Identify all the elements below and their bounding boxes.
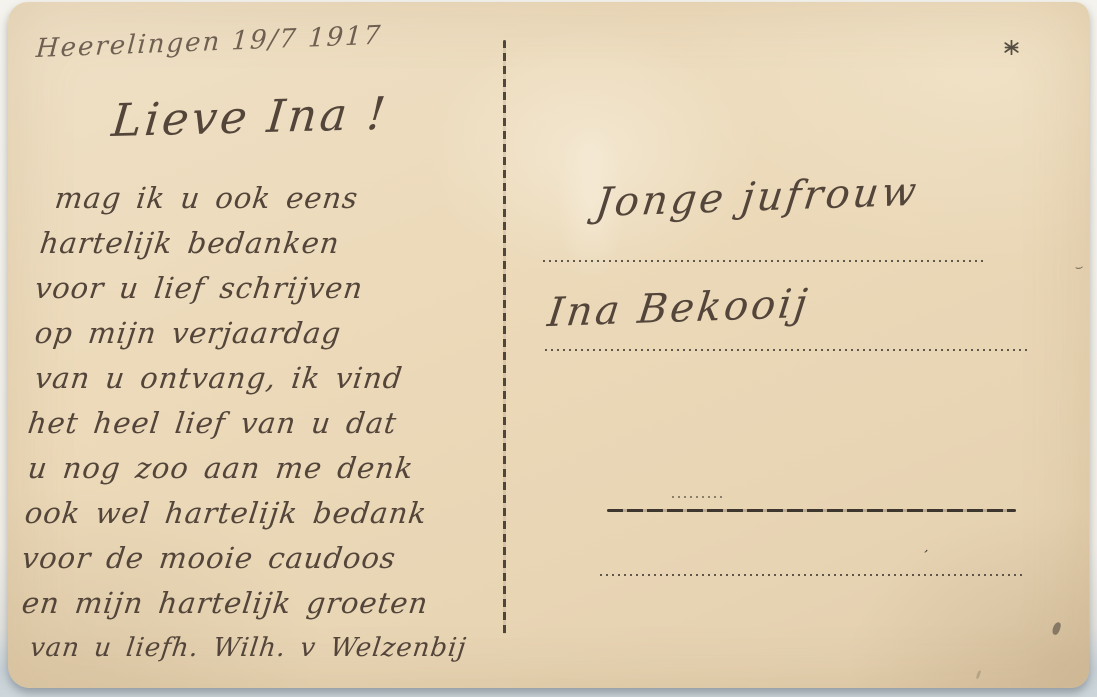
message-line: het heel lief van u dat (25, 401, 530, 446)
message-line: voor de mooie caudoos (19, 536, 530, 581)
dateline: Heerelingen 19/7 1917 (35, 21, 383, 64)
address-line-2: Ina Bekooij (545, 281, 812, 336)
message-block: Heerelingen 19/7 1917 Lieve Ina ! mag ik… (22, 28, 527, 678)
message-line: ook wel hartelijk bedank (22, 491, 530, 536)
printer-ornament-icon (1004, 40, 1019, 55)
dotted-fragment (672, 496, 724, 498)
ink-check-mark: ⌣ (1073, 260, 1083, 276)
divider-dashed-line (503, 40, 506, 634)
message-line: en mijn hartelijk groeten (19, 581, 530, 626)
message-line: hartelijk bedanken (37, 221, 530, 266)
message-line: op mijn verjaardag (32, 311, 530, 356)
address-dotted-rule-3 (600, 574, 1026, 576)
message-line: mag ik u ook eens (52, 176, 530, 221)
postcard: Heerelingen 19/7 1917 Lieve Ina ! mag ik… (8, 2, 1089, 688)
smudge-mark (1051, 621, 1062, 636)
message-line: van u liefh. Wilh. v Welzenbij (27, 626, 530, 671)
message-line: voor u lief schrijven (32, 266, 530, 311)
address-dotted-rule-2 (545, 349, 1030, 351)
message-line: u nog zoo aan me denk (25, 446, 530, 491)
message-line: van u ontvang, ik vind (32, 356, 530, 401)
salutation: Lieve Ina ! (109, 87, 390, 147)
ink-tick-mark: ’ (921, 548, 928, 564)
address-heavy-rule (607, 509, 1016, 512)
message-lines: mag ik u ook eens hartelijk bedanken voo… (22, 176, 527, 671)
address-line-1: Jonge jufrouw (593, 169, 922, 227)
address-dotted-rule-1 (543, 260, 985, 262)
